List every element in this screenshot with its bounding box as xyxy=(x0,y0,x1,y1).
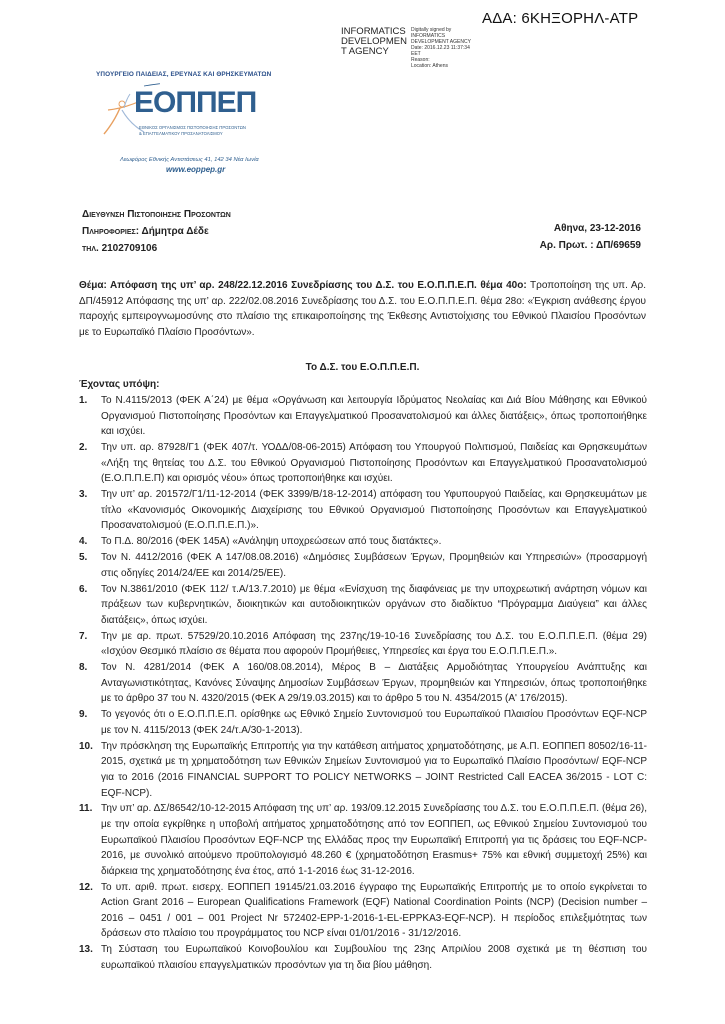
list-item: 9.Το γεγονός ότι ο Ε.Ο.Π.Π.Ε.Π. ορίσθηκε… xyxy=(79,707,647,738)
list-item: 13.Τη Σύσταση του Ευρωπαϊκού Κοινοβουλίο… xyxy=(79,942,647,973)
list-item-number: 7. xyxy=(79,629,87,645)
list-item: 6.Τον Ν.3861/2010 (ΦΕΚ 112/ τ.Α/13.7.201… xyxy=(79,582,647,629)
list-item-number: 12. xyxy=(79,880,93,896)
info-name: Δήμητρα Δέδε xyxy=(142,226,209,237)
department-name: Διευθυνση Πιστοποιησης Προσοντων xyxy=(82,206,231,223)
ada-code: ΑΔΑ: 6ΚΗΞΟΡΗΛ-ΑΤΡ xyxy=(482,10,638,27)
list-item-text: Την υπ’ αρ. ΔΣ/86542/10-12-2015 Απόφαση … xyxy=(101,803,647,876)
list-item-number: 6. xyxy=(79,582,87,598)
protocol-number: Αρ. Πρωτ. : ΔΠ/69659 xyxy=(540,237,641,254)
list-item-text: Την υπ’ αρ. 201572/Γ1/11-12-2014 (ΦΕΚ 33… xyxy=(101,489,647,531)
list-item-number: 8. xyxy=(79,660,87,676)
list-item-number: 5. xyxy=(79,550,87,566)
list-item-text: Το υπ. αριθ. πρωτ. εισερχ. ΕΟΠΠΕΠ 19145/… xyxy=(101,882,647,940)
protocol-value: ΔΠ/69659 xyxy=(596,240,641,251)
signature-organization: INFORMATICS DEVELOPMEN T AGENCY xyxy=(341,27,407,57)
considering-heading: Έχοντας υπόψη: xyxy=(79,379,159,390)
date-protocol-block: Αθηνα, 23-12-2016 Αρ. Πρωτ. : ΔΠ/69659 xyxy=(540,220,641,254)
ministry-name: ΥΠΟΥΡΓΕΙΟ ΠΑΙΔΕΙΑΣ, ΕΡΕΥΝΑΣ ΚΑΙ ΘΡΗΣΚΕΥΜ… xyxy=(96,71,271,78)
digital-signature-details: Digitally signed by INFORMATICS DEVELOPM… xyxy=(411,27,471,69)
list-item-text: Την πρόσκληση της Ευρωπαϊκής Επιτροπής γ… xyxy=(101,741,647,799)
list-item-text: Το Π.Δ. 80/2016 (ΦΕΚ 145Α) «Ανάληψη υποχ… xyxy=(101,536,441,547)
list-item: 7.Την με αρ. πρωτ. 57529/20.10.2016 Απόφ… xyxy=(79,629,647,660)
list-item: 8.Τον Ν. 4281/2014 (ΦΕΚ Α 160/08.08.2014… xyxy=(79,660,647,707)
list-item-number: 1. xyxy=(79,393,87,409)
list-item-text: Τον Ν. 4412/2016 (ΦΕΚ Α 147/08.08.2016) … xyxy=(101,552,647,579)
logo-website-link[interactable]: www.eoppep.gr xyxy=(166,165,225,174)
list-item-text: Το γεγονός ότι ο Ε.Ο.Π.Π.Ε.Π. ορίσθηκε ω… xyxy=(101,709,647,736)
list-item: 5.Τον Ν. 4412/2016 (ΦΕΚ Α 147/08.08.2016… xyxy=(79,550,647,581)
list-item-text: Τον Ν.3861/2010 (ΦΕΚ 112/ τ.Α/13.7.2010)… xyxy=(101,584,647,626)
list-item-number: 11. xyxy=(79,801,92,817)
place-date: Αθηνα, 23-12-2016 xyxy=(540,220,641,237)
list-item-number: 9. xyxy=(79,707,87,723)
list-item-text: Την υπ. αρ. 87928/Γ1 (ΦΕΚ 407/τ. ΥΟΔΔ/08… xyxy=(101,442,647,484)
phone-contact: τηλ. 2102709106 xyxy=(82,240,231,257)
signature-detail-line: Location: Athens xyxy=(411,63,471,69)
list-item-text: Το Ν.4115/2013 (ΦΕΚ Α΄24) με θέμα «Οργάν… xyxy=(101,395,647,437)
logo-subtitle: ΕΘΝΙΚΟΣ ΟΡΓΑΝΙΣΜΟΣ ΠΙΣΤΟΠΟΙΗΣΗΣ ΠΡΟΣΟΝΤΩ… xyxy=(139,125,246,136)
list-item: 3.Την υπ’ αρ. 201572/Γ1/11-12-2014 (ΦΕΚ … xyxy=(79,487,647,534)
signature-org-line: T AGENCY xyxy=(341,47,407,57)
eoppep-logo: ΥΠΟΥΡΓΕΙΟ ΠΑΙΔΕΙΑΣ, ΕΡΕΥΝΑΣ ΚΑΙ ΘΡΗΣΚΕΥΜ… xyxy=(90,64,300,174)
list-item-number: 10. xyxy=(79,739,93,755)
logo-subtitle-line: & ΕΠΑΓΓΕΛΜΑΤΙΚΟΥ ΠΡΟΣΑΝΑΤΟΛΙΣΜΟΥ xyxy=(139,131,246,137)
considerations-list: 1.Το Ν.4115/2013 (ΦΕΚ Α΄24) με θέμα «Οργ… xyxy=(79,393,647,974)
list-item: 1.Το Ν.4115/2013 (ΦΕΚ Α΄24) με θέμα «Οργ… xyxy=(79,393,647,440)
phone-number: 2102709106 xyxy=(102,243,158,254)
list-item-number: 2. xyxy=(79,440,87,456)
list-item-text: Τη Σύσταση του Ευρωπαϊκού Κοινοβουλίου κ… xyxy=(101,944,647,971)
logo-address: Λεωφόρος Εθνικής Αντιστάσεως 41, 142 34 … xyxy=(120,157,259,163)
list-item-number: 13. xyxy=(79,942,93,958)
list-item: 2.Την υπ. αρ. 87928/Γ1 (ΦΕΚ 407/τ. ΥΟΔΔ/… xyxy=(79,440,647,487)
info-label: Πληροφοριες: xyxy=(82,226,139,237)
list-item-number: 4. xyxy=(79,534,87,550)
sender-block: Διευθυνση Πιστοποιησης Προσοντων Πληροφο… xyxy=(82,206,231,257)
phone-label: τηλ. xyxy=(82,243,99,254)
list-item: 11.Την υπ’ αρ. ΔΣ/86542/10-12-2015 Απόφα… xyxy=(79,801,647,879)
logo-wordmark: ΕΟΠΠΕΠ xyxy=(134,86,256,120)
list-item: 10.Την πρόσκληση της Ευρωπαϊκής Επιτροπή… xyxy=(79,739,647,801)
list-item: 4.Το Π.Δ. 80/2016 (ΦΕΚ 145Α) «Ανάληψη υπ… xyxy=(79,534,647,550)
board-heading: Το Δ.Σ. του Ε.Ο.Π.Π.Ε.Π. xyxy=(0,362,725,373)
protocol-label: Αρ. Πρωτ. : xyxy=(540,240,594,251)
subject-paragraph: Θέμα: Απόφαση της υπ’ αρ. 248/22.12.2016… xyxy=(79,278,646,341)
list-item-number: 3. xyxy=(79,487,87,503)
subject-title: Θέμα: Απόφαση της υπ’ αρ. 248/22.12.2016… xyxy=(79,280,527,291)
info-contact: Πληροφοριες: Δήμητρα Δέδε xyxy=(82,223,231,240)
list-item-text: Τον Ν. 4281/2014 (ΦΕΚ Α 160/08.08.2014),… xyxy=(101,662,647,704)
logo-subtitle-line: ΕΘΝΙΚΟΣ ΟΡΓΑΝΙΣΜΟΣ ΠΙΣΤΟΠΟΙΗΣΗΣ ΠΡΟΣΟΝΤΩ… xyxy=(139,125,246,131)
list-item: 12.Το υπ. αριθ. πρωτ. εισερχ. ΕΟΠΠΕΠ 191… xyxy=(79,880,647,942)
list-item-text: Την με αρ. πρωτ. 57529/20.10.2016 Απόφασ… xyxy=(101,631,647,658)
